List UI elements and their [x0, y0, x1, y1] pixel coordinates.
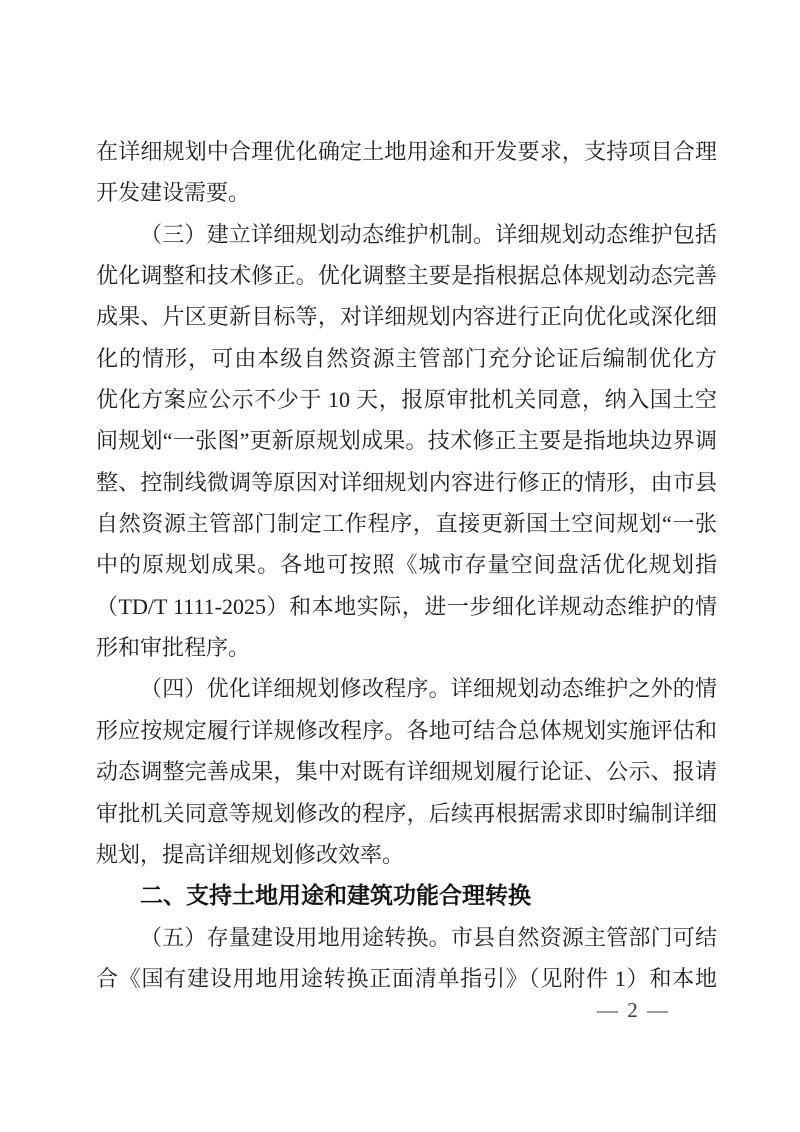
text-line: （五）存量建设用地用途转换。市县自然资源主管部门可结: [96, 917, 717, 958]
text-line: 形应按规定履行详规修改程序。各地可结合总体规划实施评估和: [96, 710, 717, 751]
text-line: （TD/T 1111-2025）和本地实际，进一步细化详规动态维护的情: [96, 586, 717, 627]
body-text: 整、控制线微调等原因对详细规划内容进行修正的情形，由市县: [96, 470, 717, 495]
text-line: 优化调整和技术修正。优化调整主要是指根据总体规划动态完善: [96, 255, 717, 296]
text-line: 在详细规划中合理优化确定土地用途和开发要求，支持项目合理: [96, 131, 717, 172]
body-text: 详细规划动态维护之外的情: [451, 676, 717, 701]
body-text: 优化调整和技术修正。优化调整主要是指根据总体规划动态完善: [96, 263, 717, 288]
text-line: 形和审批程序。: [96, 627, 717, 668]
text-line: 规划，提高详细规划修改效率。: [96, 834, 717, 875]
text-line: 化的情形，可由本级自然资源主管部门充分论证后编制优化方案，: [96, 338, 717, 379]
text-line: 成果、片区更新目标等，对详细规划内容进行正向优化或深化细: [96, 296, 717, 337]
body-text: 形和审批程序。: [96, 635, 250, 660]
body-text: 在详细规划中合理优化确定土地用途和开发要求，支持项目合理: [96, 139, 717, 164]
body-text: 成果、片区更新目标等，对详细规划内容进行正向优化或深化细: [96, 304, 717, 329]
text-line: （四）优化详细规划修改程序。详细规划动态维护之外的情: [96, 668, 717, 709]
body-text: 开发建设需要。: [96, 180, 250, 205]
section-heading: 二、支持土地用途和建筑功能合理转换: [96, 875, 717, 916]
text-line: 审批机关同意等规划修改的程序，后续再根据需求即时编制详细: [96, 793, 717, 834]
body-text: （TD/T 1111-2025）和本地实际，进一步细化详规动态维护的情: [96, 594, 717, 619]
page-number: — 2 —: [597, 996, 670, 1024]
body-text: 详细规划动态维护包括: [495, 222, 717, 247]
body-text: 市县自然资源主管部门可结: [451, 925, 717, 950]
text-line: 优化方案应公示不少于 10 天，报原审批机关同意，纳入国土空: [96, 379, 717, 420]
text-line: （三）建立详细规划动态维护机制。详细规划动态维护包括: [96, 214, 717, 255]
body-text: 规划，提高详细规划修改效率。: [96, 842, 404, 867]
document-page: 在详细规划中合理优化确定土地用途和开发要求，支持项目合理开发建设需要。（三）建立…: [0, 0, 800, 1132]
text-line: 间规划“一张图”更新原规划成果。技术修正主要是指地块边界调: [96, 420, 717, 461]
body-text: 合《国有建设用地用途转换正面清单指引》（见附件 1）和本地: [96, 966, 717, 991]
body-text: 间规划“一张图”更新原规划成果。技术修正主要是指地块边界调: [96, 428, 717, 453]
clause-heading: （三）建立详细规划动态维护机制。: [140, 222, 495, 247]
text-line: 开发建设需要。: [96, 172, 717, 213]
document-body: 在详细规划中合理优化确定土地用途和开发要求，支持项目合理开发建设需要。（三）建立…: [96, 131, 717, 999]
text-line: 自然资源主管部门制定工作程序，直接更新国土空间规划“一张图”: [96, 503, 717, 544]
body-text: 形应按规定履行详规修改程序。各地可结合总体规划实施评估和: [96, 718, 717, 743]
body-text: 中的原规划成果。各地可按照《城市存量空间盘活优化规划指南》: [96, 552, 717, 585]
text-line: 动态调整完善成果，集中对既有详细规划履行论证、公示、报请: [96, 751, 717, 792]
body-text: 二、支持土地用途和建筑功能合理转换: [140, 882, 531, 908]
body-text: 优化方案应公示不少于 10 天，报原审批机关同意，纳入国土空: [96, 387, 717, 412]
clause-heading: （四）优化详细规划修改程序。: [140, 676, 451, 701]
clause-heading: （五）存量建设用地用途转换。: [140, 925, 451, 950]
body-text: 自然资源主管部门制定工作程序，直接更新国土空间规划“一张图”: [96, 511, 717, 544]
text-line: 中的原规划成果。各地可按照《城市存量空间盘活优化规划指南》: [96, 544, 717, 585]
text-line: 合《国有建设用地用途转换正面清单指引》（见附件 1）和本地: [96, 958, 717, 999]
text-line: 整、控制线微调等原因对详细规划内容进行修正的情形，由市县: [96, 462, 717, 503]
body-text: 审批机关同意等规划修改的程序，后续再根据需求即时编制详细: [96, 801, 717, 826]
body-text: 化的情形，可由本级自然资源主管部门充分论证后编制优化方案，: [96, 346, 717, 379]
body-text: 动态调整完善成果，集中对既有详细规划履行论证、公示、报请: [96, 759, 717, 784]
